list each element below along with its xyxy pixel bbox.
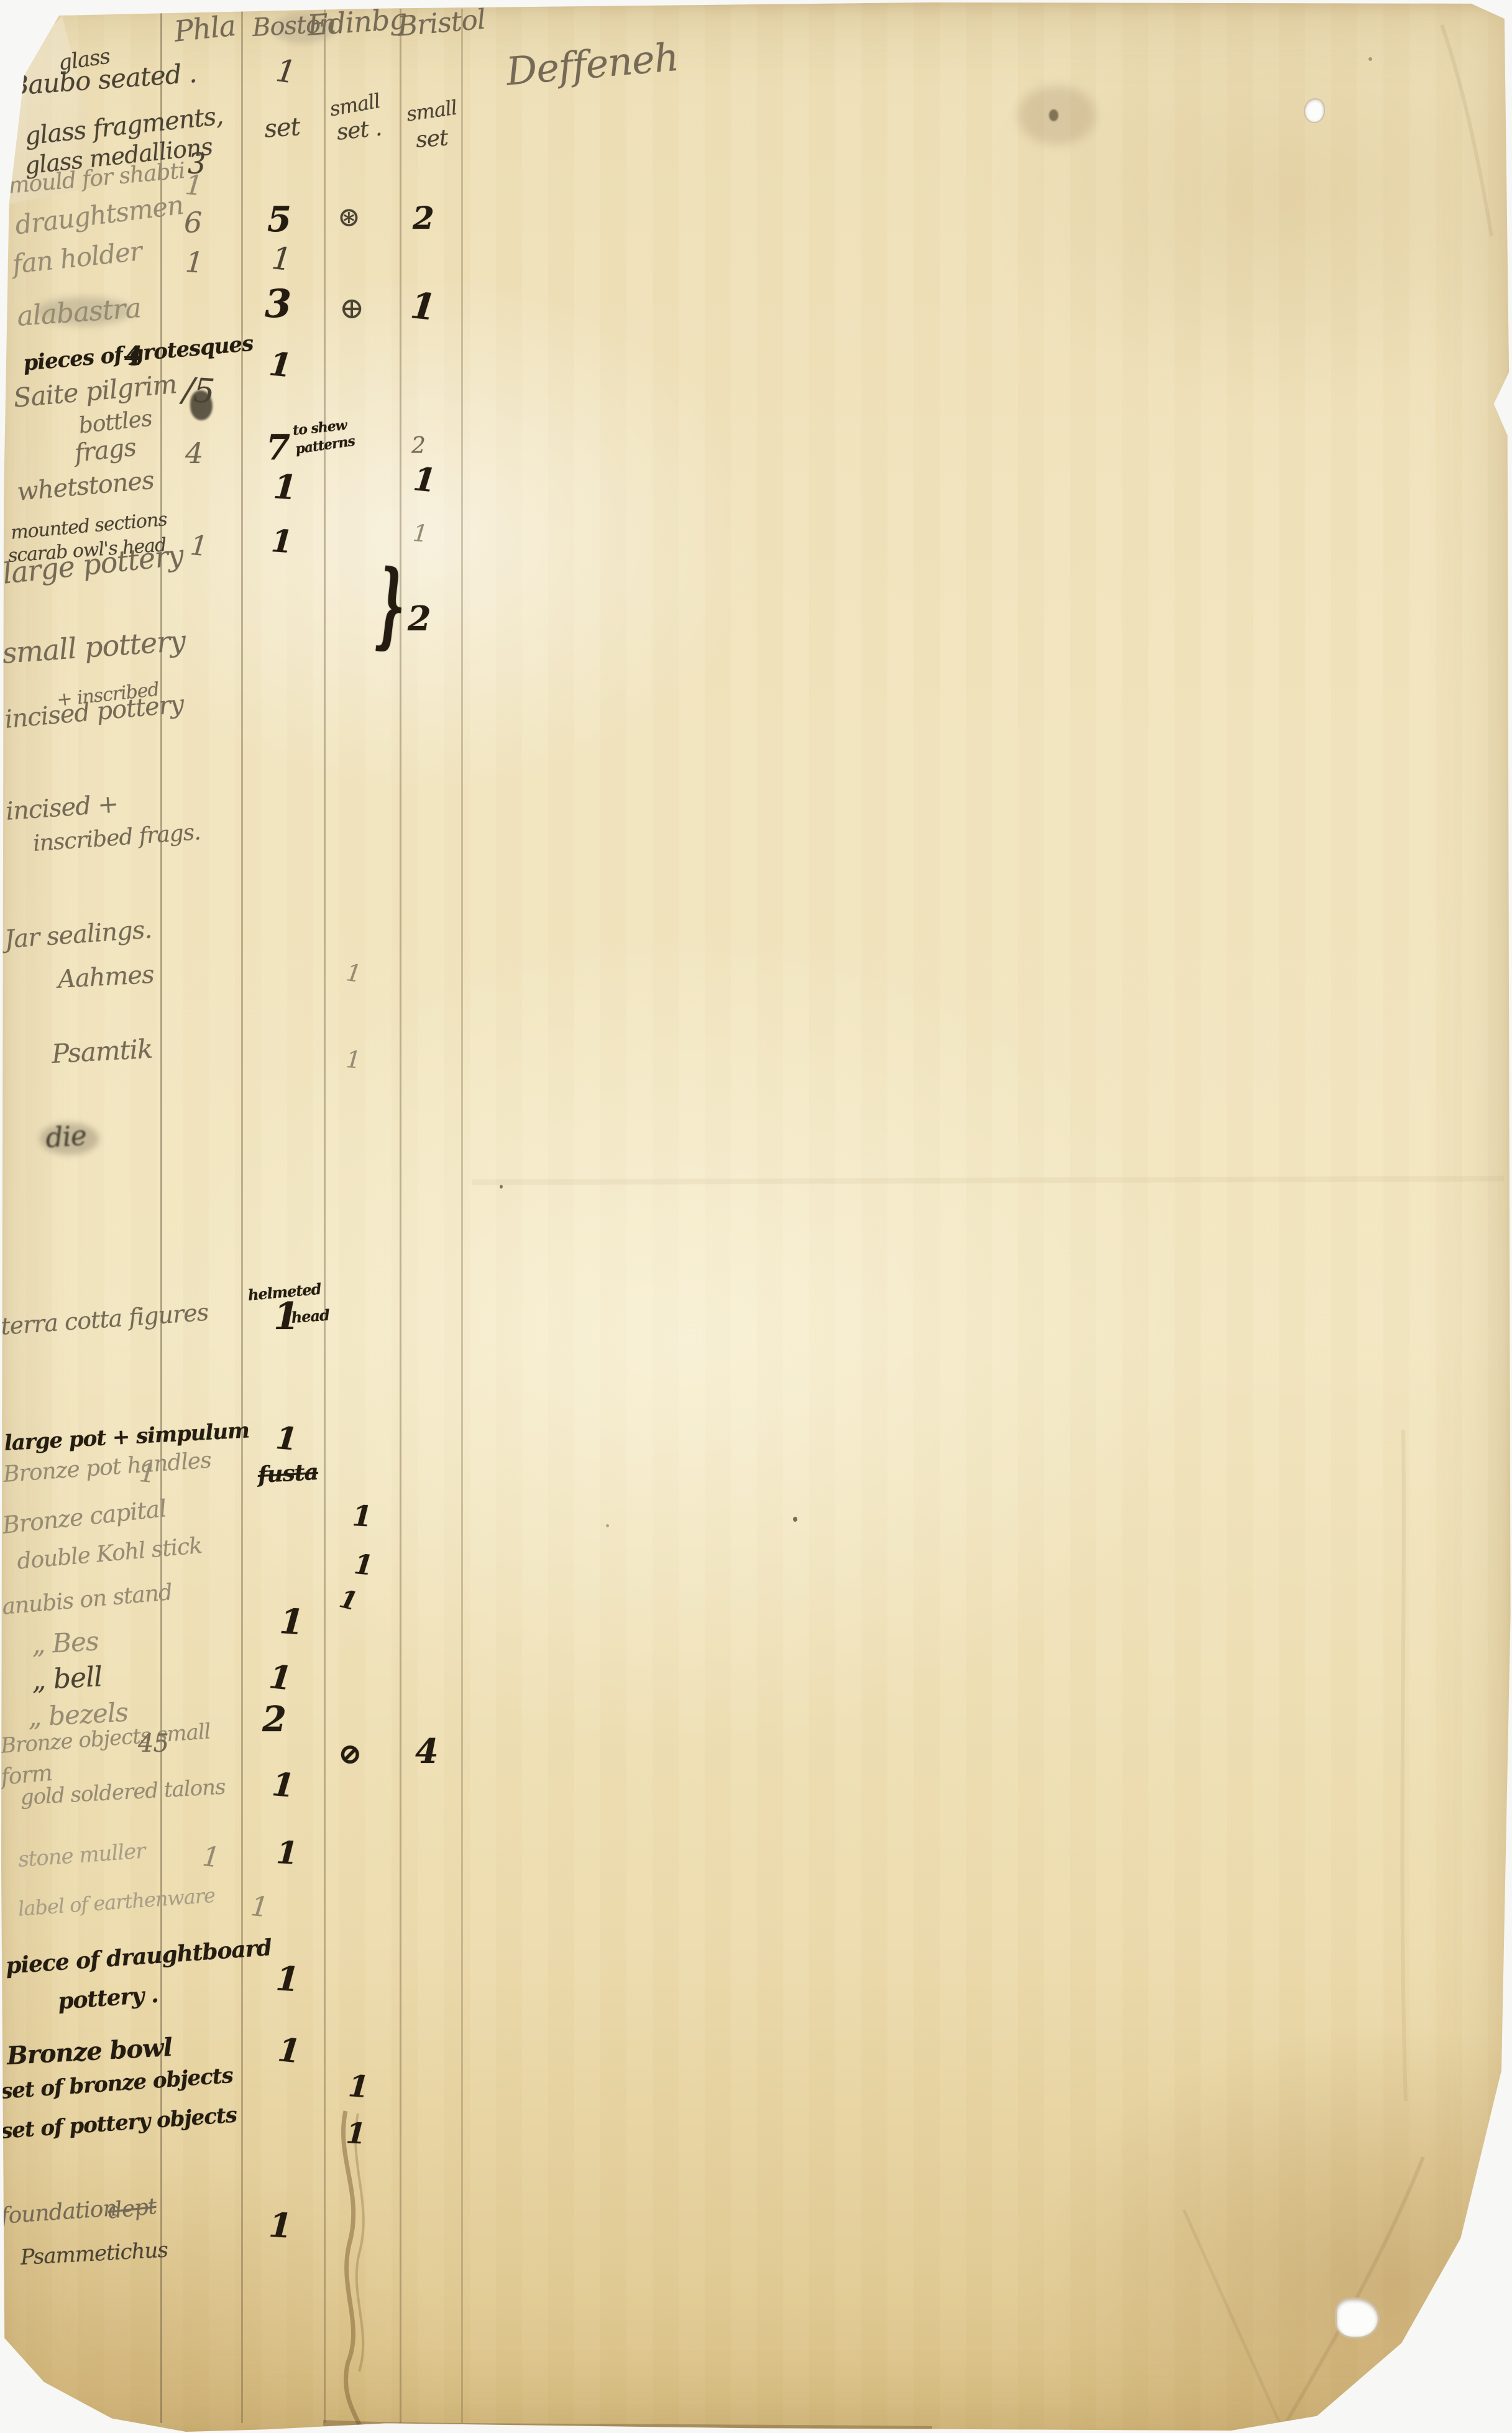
- row-label-foundation-dept-struck: dept: [107, 2196, 157, 2223]
- row-label-bottles: bottles: [78, 408, 153, 438]
- handwriting-layer: PhlaBostonEdinbgBristolDeffenehglassBaub…: [0, 0, 1512, 2433]
- value-boston-bronze-bowl: 1: [277, 2034, 301, 2068]
- row-label-bronze-pot-handles: Bronze pot handles: [2, 1450, 212, 1486]
- paper-hole-bottom-right: [1335, 2297, 1380, 2339]
- value-boston-whetstones: 1: [272, 469, 297, 504]
- scribble-edinbg-draughtsmen: ⊛: [337, 204, 360, 231]
- note-boston-head: head: [291, 1308, 330, 1325]
- row-label-bronze-capital: Bronze capital: [1, 1496, 167, 1537]
- value-phila-frags: 4: [185, 439, 203, 467]
- row-label-pottery-2: pottery .: [57, 1984, 158, 2013]
- scribble-edinbg-alabastra: ⊕: [339, 293, 364, 323]
- row-label-piece-of-draughtboard: piece of draughtboard: [5, 1936, 272, 1977]
- row-label-bell: „ bell: [31, 1663, 103, 1695]
- row-label-set-of-bronze-objects: set of bronze objects: [0, 2065, 234, 2102]
- value-bristol-glass-line1: small: [405, 98, 458, 124]
- row-label-large-pot-simpulum: large pot + simpulum: [4, 1420, 250, 1454]
- row-label-jar-sealings: Jar sealings.: [4, 917, 152, 952]
- scanned-document-page: { "document": { "kind": "handwritten mus…: [0, 0, 1512, 2433]
- scribble-edinbg-bronze-objects: ⊘: [338, 1739, 362, 1768]
- value-boston-draughtsmen: 5: [267, 202, 291, 237]
- row-label-die: die: [45, 1122, 87, 1152]
- row-label-small-pottery: small pottery: [1, 626, 186, 667]
- value-boston-baubo: 1: [274, 55, 297, 88]
- value-phila-pot-handles: 1: [138, 1460, 156, 1487]
- value-boston-glass: set: [263, 114, 301, 142]
- row-label-double-kohl-stick: double Kohl stick: [16, 1535, 203, 1573]
- value-phila-mounted: 1: [189, 532, 208, 561]
- column-header-edinbg: Edinbg: [306, 4, 408, 40]
- value-bristol-mounted: 1: [412, 521, 428, 546]
- row-label-psammetichus: Psammetichus: [20, 2240, 168, 2268]
- row-label-aahmes: Aahmes: [57, 962, 155, 992]
- value-boston-fan-holder: 1: [270, 242, 293, 275]
- value-edinbg-set-pottery: 1: [346, 2118, 366, 2148]
- value-phila-draughtsmen: 6: [184, 208, 201, 237]
- value-bristol-pottery-group: 2: [408, 602, 431, 635]
- value-bristol-whetstones: 1: [412, 463, 437, 497]
- paper-speck-3: [0, 737, 3, 740]
- value-edinbg-anubis: 1: [337, 1586, 359, 1614]
- value-phila-stone-muller: 1: [201, 1843, 220, 1872]
- row-label-incised-pottery: incised pottery: [4, 692, 185, 732]
- row-label-psamtik: Psamtik: [51, 1036, 153, 1067]
- row-label-inscribed-frags: inscribed frags.: [32, 821, 201, 855]
- row-label-incised-plus: incised +: [5, 791, 119, 824]
- value-boston-foundation: 1: [268, 2208, 292, 2243]
- column-header-phila: Phla: [173, 11, 237, 46]
- value-edinbg-glass-line2: set .: [336, 117, 383, 144]
- row-label-foundation: foundation: [0, 2197, 117, 2228]
- row-label-bes: „ Bes: [31, 1628, 99, 1658]
- value-bristol-frags: 2: [411, 435, 425, 458]
- value-boston-bes: 1: [278, 1604, 305, 1640]
- row-label-stone-muller: stone muller: [17, 1841, 146, 1870]
- value-phila-bronze-objects: 45: [138, 1731, 168, 1756]
- value-bristol-alabastra: 1: [409, 287, 437, 326]
- value-edinbg-glass-line1: small: [328, 91, 382, 119]
- value-boston-alabastra: 3: [265, 285, 291, 323]
- value-bristol-draughtsmen: 2: [413, 203, 434, 234]
- row-label-set-of-pottery-objects: set of pottery objects: [0, 2104, 237, 2141]
- column-header-bristol: Bristol: [396, 6, 487, 41]
- row-label-anubis-on-stand: anubis on stand: [1, 1581, 173, 1619]
- value-bristol-glass-line2: set: [415, 127, 449, 151]
- value-bristol-bronze-objects: 4: [415, 1734, 438, 1768]
- aged-paper-sheet: PhlaBostonEdinbgBristolDeffenehglassBaub…: [0, 0, 1512, 2433]
- value-boston-frags: 7: [266, 430, 290, 465]
- value-phila-grotesques-struck: 4: [124, 343, 142, 369]
- value-boston-bezels: 2: [262, 1702, 286, 1737]
- row-label-terra-cotta-figures: terra cotta figures: [0, 1300, 209, 1338]
- row-label-bronze-bowl: Bronze bowl: [6, 2035, 173, 2069]
- value-edinbg-psamtik: 1: [345, 1047, 361, 1072]
- value-edinbg-aahmes: 1: [345, 960, 362, 986]
- row-label-saite-pilgrim: Saite pilgrim: [12, 371, 178, 412]
- row-label-fan-holder: fan holder: [11, 238, 143, 278]
- value-boston-gold-talons: 1: [270, 1768, 295, 1803]
- row-label-draughtsmen: draughtsmen: [14, 192, 185, 239]
- page-title: Deffeneh: [505, 38, 680, 91]
- value-earthenware: 1: [249, 1893, 268, 1922]
- row-label-baubo-seated: Baubo seated .: [9, 60, 197, 99]
- value-phila-pilgrim-bottles: /5: [181, 373, 215, 408]
- row-label-frags: frags: [73, 435, 137, 466]
- value-edinbg-set-bronze: 1: [347, 2071, 370, 2102]
- row-label-whetstones: whetstones: [16, 468, 155, 505]
- value-boston-simpulum: 1: [275, 1422, 298, 1455]
- value-boston-pot-handles-struck: fusta: [257, 1461, 319, 1486]
- paper-hole-top-right: [1304, 98, 1325, 123]
- value-boston-bell: 1: [268, 1661, 293, 1695]
- value-boston-stone-muller: 1: [275, 1837, 298, 1869]
- row-label-alabastra: alabastra: [16, 295, 142, 331]
- value-boston-grotesques: 1: [268, 348, 293, 382]
- value-edinbg-bronze-capital: 1: [352, 1501, 372, 1531]
- value-phila-mould: 1: [184, 172, 203, 200]
- value-edinbg-kohl-stick: 1: [352, 1551, 373, 1580]
- value-boston-mounted: 1: [270, 525, 293, 558]
- value-phila-fan-holder: 1: [185, 247, 204, 277]
- brace-bristol-pottery: }: [375, 558, 405, 655]
- row-label-label-of-earthenware: label of earthenware: [17, 1885, 216, 1919]
- value-boston-draughtboard: 1: [275, 1961, 300, 1996]
